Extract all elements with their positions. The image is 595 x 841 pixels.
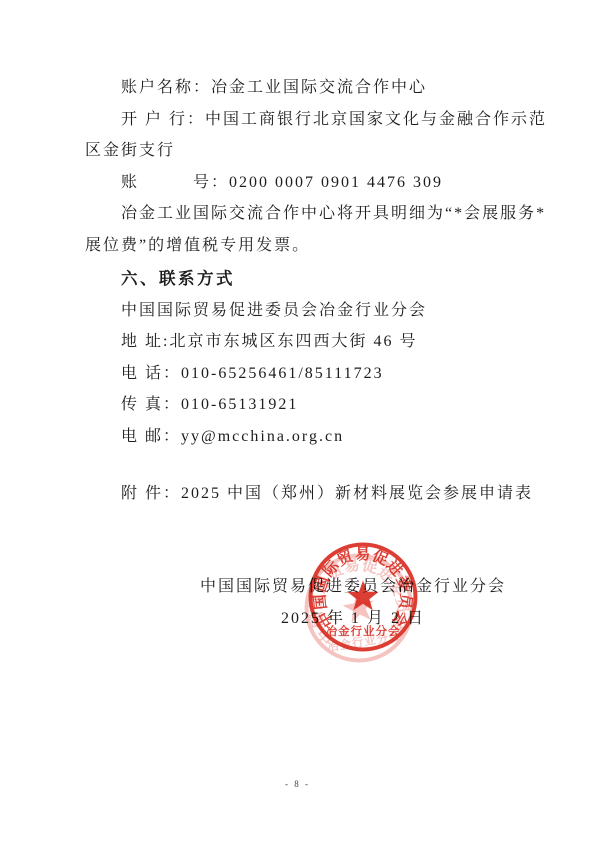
bank-branch-line-1: 开 户 行：中国工商银行北京国家文化与金融合作示范 [85,102,515,134]
signature-org: 中国国际贸易促进委员会冶金行业分会 [112,571,594,603]
signature-block: 中国国际贸易促进委员会冶金行业分会 2025 年 1 月 2 日 [112,571,594,634]
signature-date: 2025 年 1 月 2 日 [112,603,594,635]
contact-phone-line: 电 话：010-65256461/85111723 [85,356,515,388]
contact-org-line: 中国国际贸易促进委员会冶金行业分会 [85,293,515,325]
contact-address-line: 地 址:北京市东城区东四西大街 46 号 [85,324,515,356]
account-number-line: 账 号：0200 0007 0901 4476 309 [85,165,515,197]
page-number: - 8 - [0,779,595,789]
account-name-line: 账户名称：冶金工业国际交流合作中心 [85,70,515,102]
invoice-note-line-1: 冶金工业国际交流合作中心将开具明细为“*会展服务* [85,196,515,228]
contact-fax-line: 传 真：010-65131921 [85,387,515,419]
bank-branch-line-2: 区金街支行 [85,133,515,165]
document-body: 账户名称：冶金工业国际交流合作中心 开 户 行：中国工商银行北京国家文化与金融合… [85,70,515,508]
contact-email-line: 电 邮：yy@mcchina.org.cn [85,419,515,451]
invoice-note-line-2: 展位费”的增值税专用发票。 [85,228,515,260]
section-heading-contact: 六、联系方式 [85,261,515,293]
document-page: 账户名称：冶金工业国际交流合作中心 开 户 行：中国工商银行北京国家文化与金融合… [0,0,595,841]
attachment-line: 附 件：2025 中国（郑州）新材料展览会参展申请表 [85,476,515,508]
